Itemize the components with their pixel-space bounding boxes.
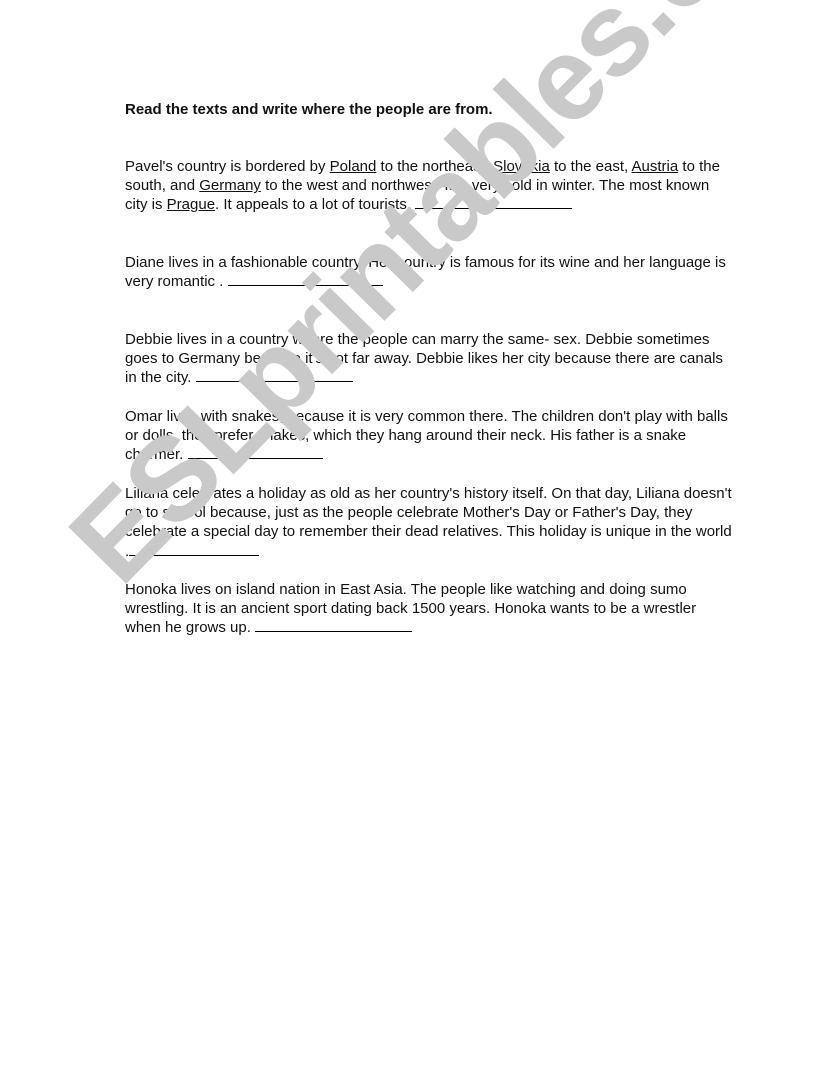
paragraph-diane: Diane lives in a fashionable country. He… xyxy=(125,253,735,291)
paragraph-pavel: Pavel's country is bordered by Poland to… xyxy=(125,157,735,215)
underlined-place-name: Germany xyxy=(199,177,261,194)
underlined-place-name: Austria xyxy=(632,158,679,175)
underlined-place-name: Prague xyxy=(167,196,215,213)
paragraph-text: . It appeals to a lot of tourists. xyxy=(215,196,415,213)
answer-blank[interactable] xyxy=(415,195,572,209)
worksheet-title: Read the texts and write where the peopl… xyxy=(125,100,735,119)
paragraph-text: Pavel's country is bordered by xyxy=(125,158,330,175)
paragraph-text: Diane lives in a fashionable country. He… xyxy=(125,254,726,290)
underlined-place-name: Slovakia xyxy=(493,158,550,175)
answer-blank[interactable] xyxy=(188,445,323,459)
answer-blank[interactable] xyxy=(196,368,353,382)
paragraph-omar: Omar lives with snakes, because it is ve… xyxy=(125,407,735,465)
paragraph-text: to the east, xyxy=(550,158,632,175)
answer-blank[interactable] xyxy=(129,542,259,556)
worksheet-content: Read the texts and write where the peopl… xyxy=(125,100,735,119)
paragraph-text: to the northeast, xyxy=(376,158,493,175)
worksheet-page: Read the texts and write where the peopl… xyxy=(0,0,838,1086)
answer-blank[interactable] xyxy=(228,272,383,286)
paragraph-liliana: Liliana celebrates a holiday as old as h… xyxy=(125,484,735,561)
paragraph-honoka: Honoka lives on island nation in East As… xyxy=(125,580,735,638)
paragraph-debbie: Debbie lives in a country where the peop… xyxy=(125,330,735,388)
underlined-place-name: Poland xyxy=(330,158,377,175)
answer-blank[interactable] xyxy=(255,618,412,632)
